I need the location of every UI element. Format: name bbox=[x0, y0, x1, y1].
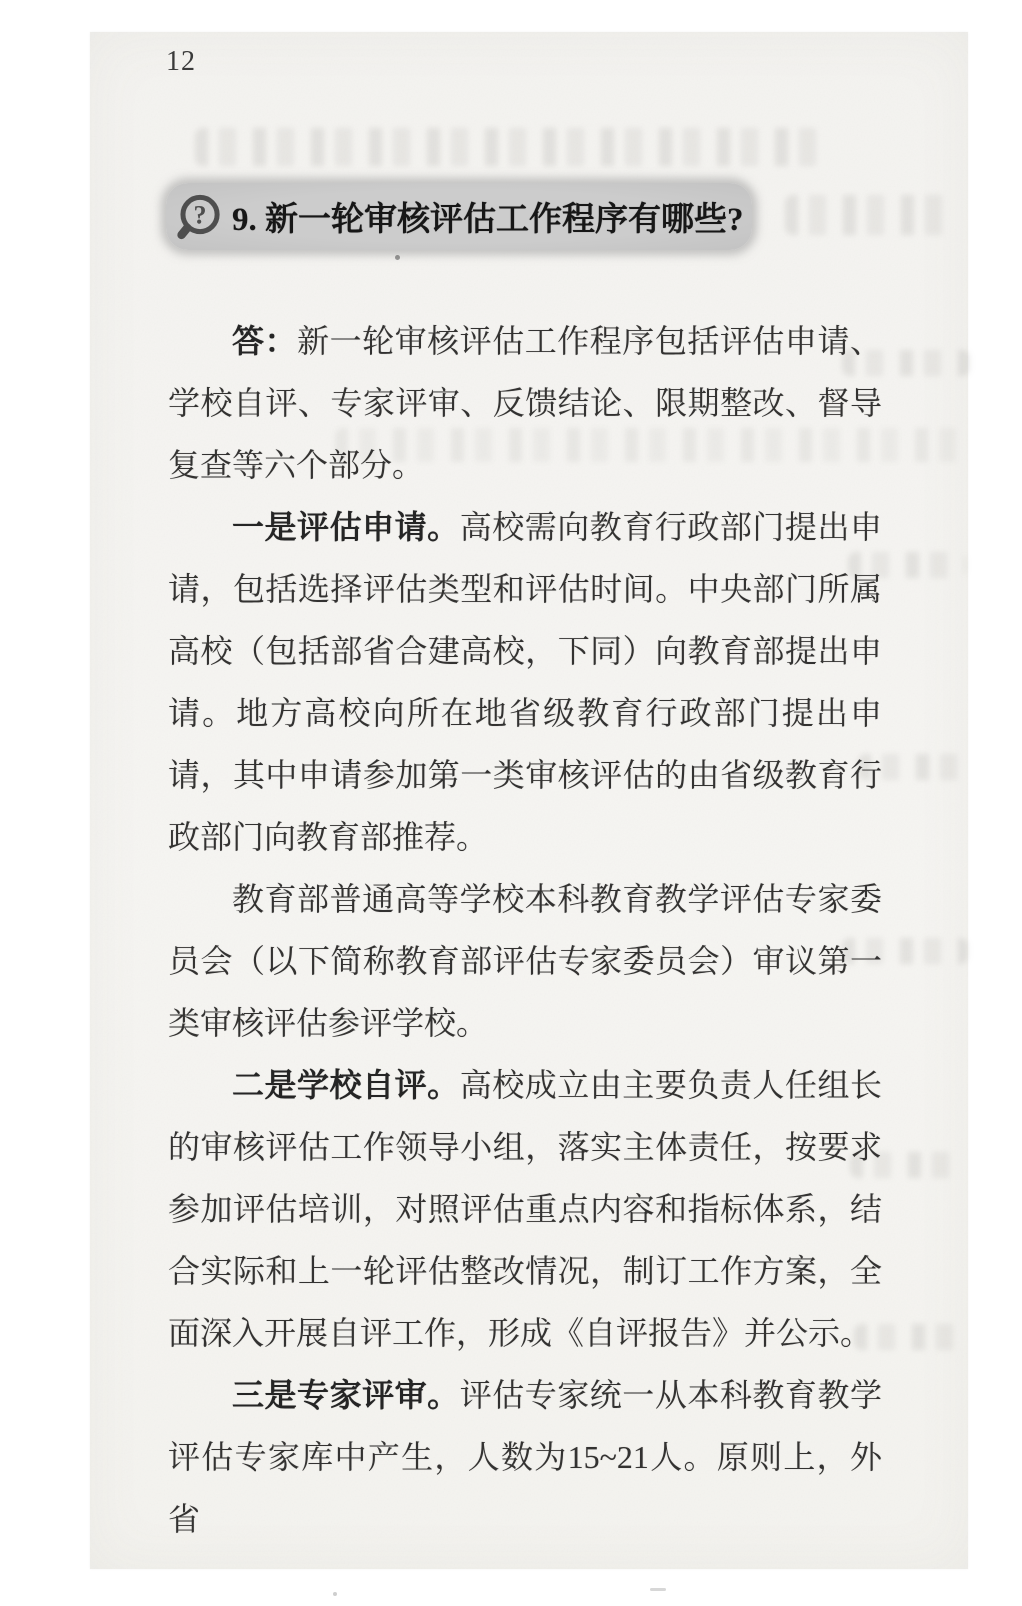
paragraph-text: 高校成立由主要负责人任组长的审核评估工作领导小组，落实主体责任，按要求参加评估培… bbox=[168, 1067, 882, 1351]
paragraph-lead: 答： bbox=[232, 323, 297, 359]
paragraph-lead: 三是专家评审。 bbox=[232, 1377, 460, 1413]
question-heading: ? 9. 新一轮审核评估工作程序有哪些? bbox=[166, 183, 752, 250]
paragraph-step3-expert-review: 三是专家评审。评估专家统一从本科教育教学评估专家库中产生，人数为15~21人。原… bbox=[168, 1364, 882, 1550]
scan-speck bbox=[650, 1588, 666, 1591]
paragraph-lead: 二是学校自评。 bbox=[232, 1067, 460, 1103]
paragraph-answer-overview: 答：新一轮审核评估工作程序包括评估申请、学校自评、专家评审、反馈结论、限期整改、… bbox=[168, 310, 882, 496]
question-magnifier-icon: ? bbox=[174, 192, 224, 242]
paragraph-text: 教育部普通高等学校本科教育教学评估专家委员会（以下简称教育部评估专家委员会）审议… bbox=[168, 881, 882, 1041]
paragraph-text: 高校需向教育行政部门提出申请，包括选择评估类型和评估时间。中央部门所属高校（包括… bbox=[168, 509, 882, 855]
bleed-through-noise bbox=[195, 128, 820, 166]
bleed-through-noise bbox=[785, 195, 950, 235]
question-heading-text: 9. 新一轮审核评估工作程序有哪些? bbox=[232, 193, 744, 240]
scanned-book-page: 12 ? 9. 新一轮审核评估工作程序有哪些? 答：新一轮审核评估工作程序包括评… bbox=[0, 0, 1022, 1606]
page-number: 12 bbox=[166, 46, 196, 78]
paragraph-lead: 一是评估申请。 bbox=[232, 509, 460, 545]
paragraph-step2-self-evaluation: 二是学校自评。高校成立由主要负责人任组长的审核评估工作领导小组，落实主体责任，按… bbox=[168, 1054, 882, 1364]
scan-speck bbox=[395, 255, 400, 260]
paragraph-committee-review: 教育部普通高等学校本科教育教学评估专家委员会（以下简称教育部评估专家委员会）审议… bbox=[168, 868, 882, 1054]
question-mark-glyph: ? bbox=[194, 200, 207, 229]
answer-body: 答：新一轮审核评估工作程序包括评估申请、学校自评、专家评审、反馈结论、限期整改、… bbox=[168, 310, 882, 1550]
page-surface: 12 ? 9. 新一轮审核评估工作程序有哪些? 答：新一轮审核评估工作程序包括评… bbox=[90, 32, 968, 1569]
scan-speck bbox=[333, 1592, 337, 1596]
paragraph-step1-application: 一是评估申请。高校需向教育行政部门提出申请，包括选择评估类型和评估时间。中央部门… bbox=[168, 496, 882, 868]
